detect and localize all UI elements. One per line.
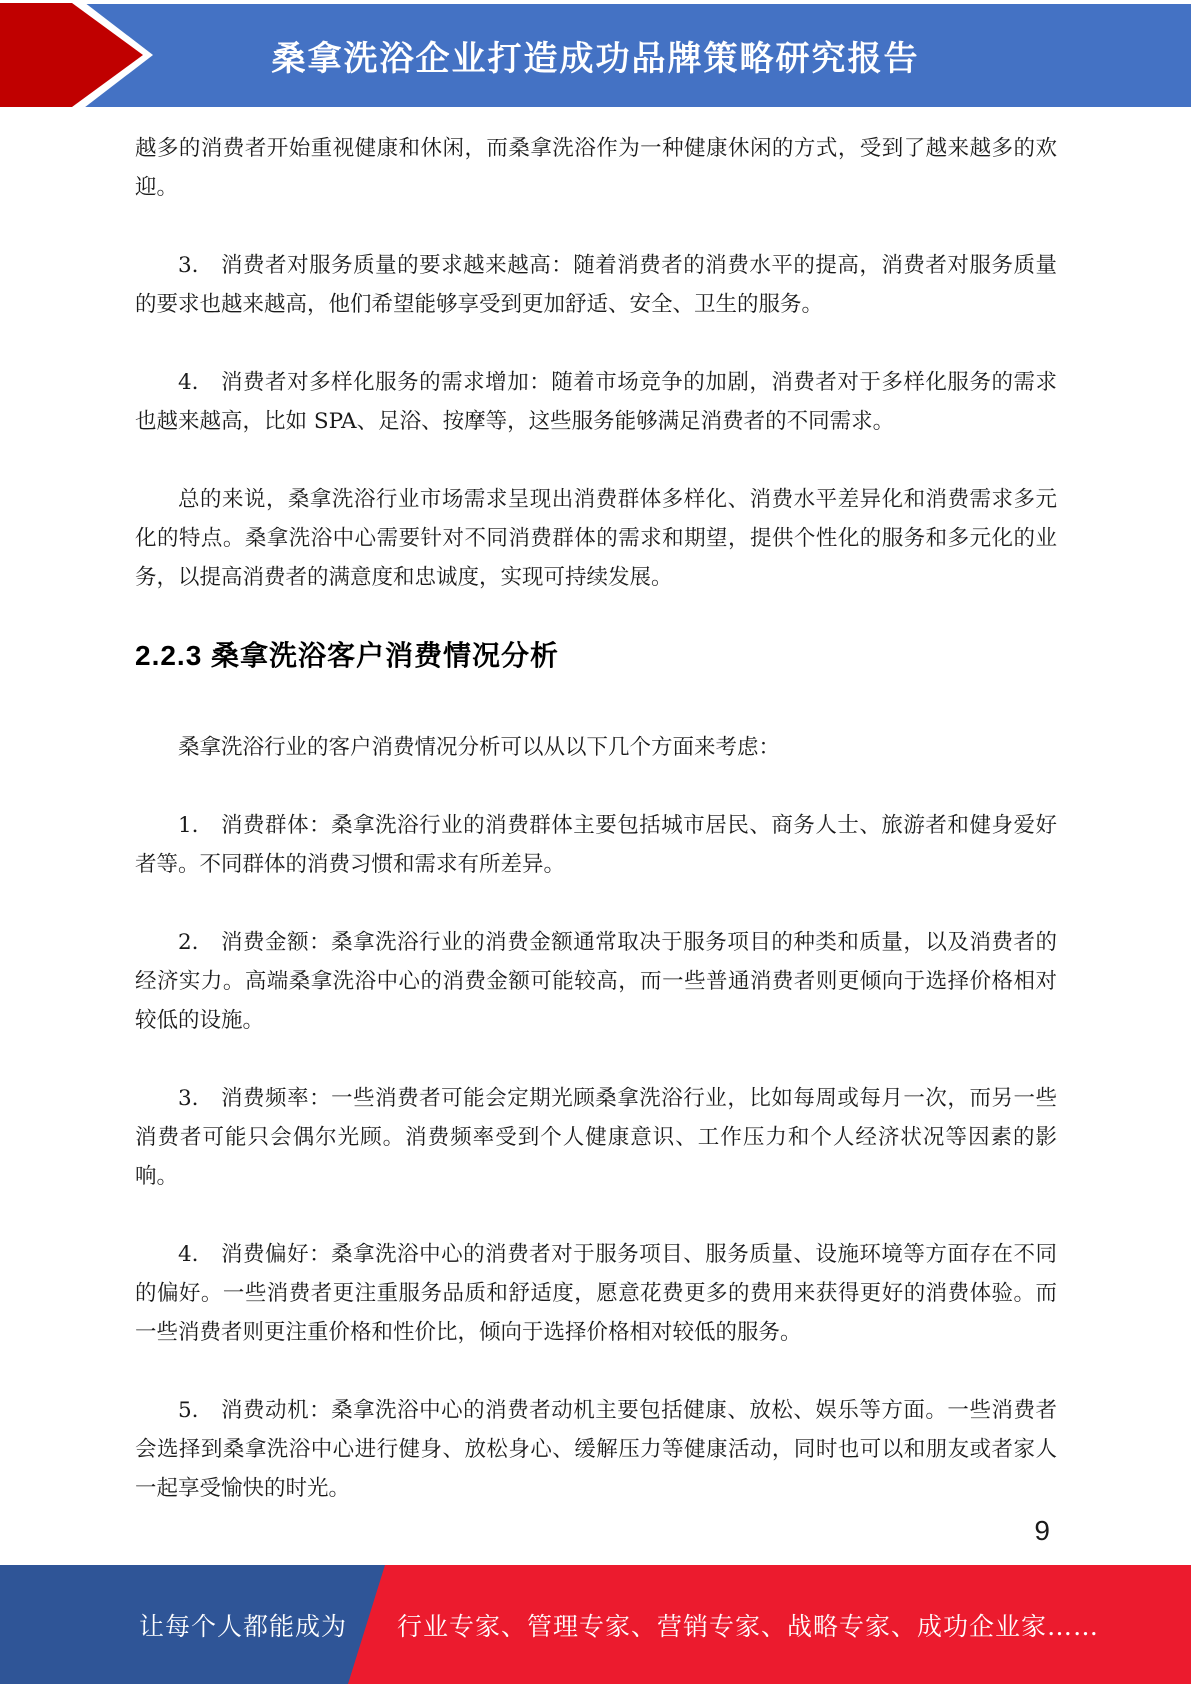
paragraph: 总的来说，桑拿洗浴行业市场需求呈现出消费群体多样化、消费水平差异化和消费需求多元… <box>135 480 1057 597</box>
paragraph: 3. 消费频率：一些消费者可能会定期光顾桑拿洗浴行业，比如每周或每月一次，而另一… <box>135 1079 1057 1196</box>
report-title: 桑拿洗浴企业打造成功品牌策略研究报告 <box>0 4 1191 107</box>
footer-banner: 让每个人都能成为 行业专家、管理专家、营销专家、战略专家、成功企业家…… <box>0 1565 1191 1684</box>
report-page: 桑拿洗浴企业打造成功品牌策略研究报告 越多的消费者开始重视健康和休闲，而桑拿洗浴… <box>0 0 1191 1684</box>
paragraph: 越多的消费者开始重视健康和休闲，而桑拿洗浴作为一种健康休闲的方式，受到了越来越多… <box>135 129 1057 207</box>
paragraph: 4. 消费者对多样化服务的需求增加：随着市场竞争的加剧，消费者对于多样化服务的需… <box>135 363 1057 441</box>
header-banner: 桑拿洗浴企业打造成功品牌策略研究报告 <box>0 0 1191 110</box>
paragraph: 5. 消费动机：桑拿洗浴中心的消费者动机主要包括健康、放松、娱乐等方面。一些消费… <box>135 1391 1057 1508</box>
paragraph: 3. 消费者对服务质量的要求越来越高：随着消费者的消费水平的提高，消费者对服务质… <box>135 246 1057 324</box>
paragraph: 1. 消费群体：桑拿洗浴行业的消费群体主要包括城市居民、商务人士、旅游者和健身爱… <box>135 806 1057 884</box>
paragraph: 2. 消费金额：桑拿洗浴行业的消费金额通常取决于服务项目的种类和质量，以及消费者… <box>135 923 1057 1040</box>
paragraph: 桑拿洗浴行业的客户消费情况分析可以从以下几个方面来考虑： <box>135 728 1057 767</box>
paragraph: 4. 消费偏好：桑拿洗浴中心的消费者对于服务项目、服务质量、设施环境等方面存在不… <box>135 1235 1057 1352</box>
document-body: 越多的消费者开始重视健康和休闲，而桑拿洗浴作为一种健康休闲的方式，受到了越来越多… <box>135 129 1057 1508</box>
page-number: 9 <box>1034 1512 1050 1550</box>
section-heading: 2.2.3 桑拿洗浴客户消费情况分析 <box>135 636 1057 676</box>
footer-slogan-right: 行业专家、管理专家、营销专家、战略专家、成功企业家…… <box>397 1565 1131 1684</box>
footer-slogan-left: 让每个人都能成为 <box>0 1565 347 1684</box>
